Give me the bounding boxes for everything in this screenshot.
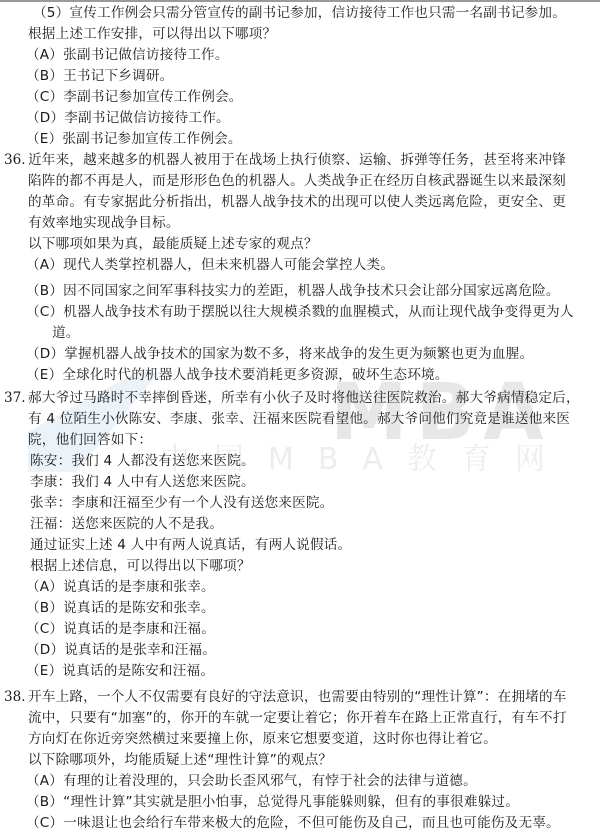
fact-line: 通过证实上述 4 人中有两人说真话，有两人说假话。 [30,536,351,554]
stem-line: 方向灯在你近旁突然横过来要撞上你，原来它想要变道，这时你也得让着它。 [28,730,497,748]
statement-li-kang: 李康：我们 4 人中有人送您来医院。 [30,473,255,491]
option-e: （E）说真话的是陈安和汪福。 [26,662,214,680]
question-prompt: 以下除哪项外，均能质疑上述“理性计算”的观点？ [28,751,332,769]
option-c: （C）李副书记参加宣传工作例会。 [26,88,243,106]
option-d: （D）掌握机器人战争技术的国家为数不多，将来战争的发生更为频繁也更为血腥。 [26,345,533,363]
option-b: （B）说真话的是陈安和张幸。 [26,599,215,617]
stem-line: 郝大爷过马路时不幸摔倒昏迷，所幸有小伙子及时将他送往医院救治。郝大爷病情稳定后， [28,389,580,407]
stem-line: 的革命。有专家据此分析指出，机器人战争技术的出现可以使人类远离危险，更安全、更 [28,193,566,211]
option-c: （C）一味退让也会给行车带来极大的危险，不但可能伤及自己，而且也可能伤及无辜。 [26,814,560,832]
option-c: （C）机器人战争技术有助于摆脱以往大规模杀戮的血腥模式，从而让现代战争变得更为人 [26,303,574,321]
question-prompt: 以下哪项如果为真，最能质疑上述专家的观点？ [28,235,318,253]
option-a: （A）有理的让着没理的，只会助长歪风邪气，有悖于社会的法律与道德。 [26,772,477,790]
question-prompt: 根据上述工作安排，可以得出以下哪项？ [28,25,276,43]
question-number: 37. [4,389,26,407]
statement-chen-an: 陈安：我们 4 人都没有送您来医院。 [30,452,255,470]
question-number: 36. [4,151,26,169]
option-a: （A）现代人类掌控机器人，但未来机器人可能会掌控人类。 [26,256,394,274]
option-a: （A）张副书记做信访接待工作。 [26,46,229,64]
condition-5: （5）宣传工作例会只需分管宣传的副书记参加，信访接待工作也只需一名副书记参加。 [33,4,566,22]
question-number: 38. [4,688,26,706]
top-border [0,0,600,2]
stem-line: 院，他们回答如下： [28,431,152,449]
option-b: （B）因不同国家之间军事科技实力的差距，机器人战争技术只会让部分国家远离危险。 [26,282,560,300]
statement-wang-fu: 汪福：送您来医院的人不是我。 [30,515,223,533]
stem-line: 开车上路，一个人不仅需要有良好的守法意识，也需要由特别的“理性计算”：在拥堵的车 [28,688,567,706]
stem-line: 有 4 位陌生小伙陈安、李康、张幸、汪福来医院看望他。郝大爷问他们究竟是谁送他来… [28,410,570,428]
stem-line: 陷阵的都不再是人，而是形形色色的机器人。人类战争正在经历自核武器诞生以来最深刻 [28,172,566,190]
option-a: （A）说真话的是李康和张幸。 [26,578,215,596]
option-d: （D）李副书记做信访接待工作。 [26,109,230,127]
statement-zhang-xing: 张幸：李康和汪福至少有一个人没有送您来医院。 [30,494,333,512]
option-c: （C）说真话的是李康和汪福。 [26,620,215,638]
stem-line: 近年来，越来越多的机器人被用于在战场上执行侦察、运输、拆弹等任务，甚至将来冲锋 [28,151,566,169]
option-d: （D）说真话的是张幸和汪福。 [26,641,216,659]
question-prompt: 根据上述信息，可以得出以下哪项？ [30,557,251,575]
option-e: （E）全球化时代的机器人战争技术要消耗更多资源，破坏生态环境。 [26,366,449,384]
stem-line: 流中，只要有“加塞”的，你开的车就一定要让着它；你开着车在路上正常直行，有车不打 [28,709,567,727]
option-b: （B）“理性计算”其实就是胆小怕事，总觉得凡事能躲则躲，但有的事很难躲过。 [26,793,519,811]
option-c-continued: 道。 [52,324,80,342]
stem-line: 有效率地实现战争目标。 [28,214,180,232]
option-e: （E）张副书记参加宣传工作例会。 [26,130,242,148]
option-b: （B）王书记下乡调研。 [26,67,173,85]
